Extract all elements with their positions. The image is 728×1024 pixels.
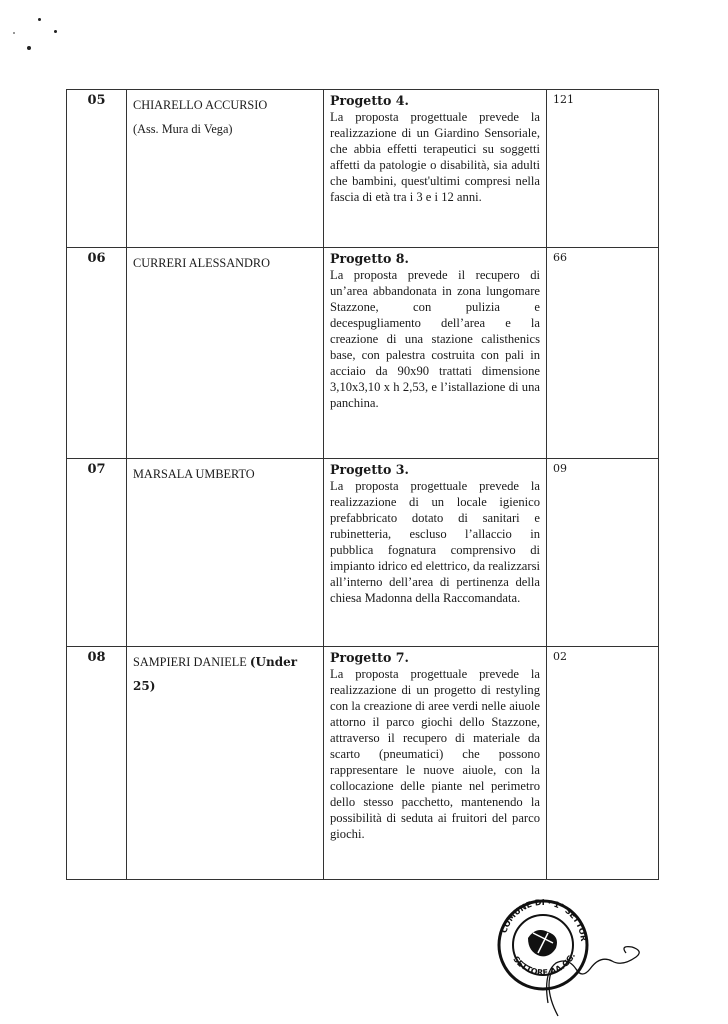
row-number: 06 — [67, 248, 127, 459]
handwritten-signature-icon — [547, 947, 640, 1016]
scan-speck — [54, 30, 57, 33]
proponent-note: (Ass. Mura di Vega) — [133, 117, 317, 141]
proponent-cell: SAMPIERI DANIELE (Under 25) — [127, 647, 324, 880]
project-title: Progetto 3. — [330, 462, 540, 478]
proponent-name: MARSALA UMBERTO — [133, 462, 317, 486]
project-description: La proposta progettuale prevede la reali… — [330, 479, 540, 605]
official-seal-stamp-icon: COMUNE DI · 1° SETTORE SETTORE AA.GG. — [493, 893, 653, 1022]
row-number: 07 — [67, 459, 127, 647]
score-value: 121 — [547, 90, 659, 248]
table-row: 08 SAMPIERI DANIELE (Under 25) Progetto … — [67, 647, 659, 880]
row-number: 05 — [67, 90, 127, 248]
table-row: 06 CURRERI ALESSANDRO Progetto 8. La pro… — [67, 248, 659, 459]
scan-speck — [27, 46, 31, 50]
proponent-cell: CURRERI ALESSANDRO — [127, 248, 324, 459]
score-value: 66 — [547, 248, 659, 459]
project-cell: Progetto 4. La proposta progettuale prev… — [324, 90, 547, 248]
project-title: Progetto 7. — [330, 650, 540, 666]
project-cell: Progetto 3. La proposta progettuale prev… — [324, 459, 547, 647]
score-value: 09 — [547, 459, 659, 647]
proponent-name: CHIARELLO ACCURSIO — [133, 93, 317, 117]
proponent-cell: MARSALA UMBERTO — [127, 459, 324, 647]
scan-speck — [38, 18, 41, 21]
proponent-name: CURRERI ALESSANDRO — [133, 251, 317, 275]
project-title: Progetto 4. — [330, 93, 540, 109]
project-cell: Progetto 7. La proposta progettuale prev… — [324, 647, 547, 880]
scan-speck — [13, 32, 15, 34]
project-cell: Progetto 8. La proposta prevede il recup… — [324, 248, 547, 459]
project-description: La proposta progettuale prevede la reali… — [330, 667, 540, 841]
proponent-name: SAMPIERI DANIELE — [133, 655, 247, 669]
score-value: 02 — [547, 647, 659, 880]
project-description: La proposta progettuale prevede la reali… — [330, 110, 540, 204]
projects-table: 05 CHIARELLO ACCURSIO (Ass. Mura di Vega… — [66, 89, 659, 880]
table-row: 07 MARSALA UMBERTO Progetto 3. La propos… — [67, 459, 659, 647]
project-description: La proposta prevede il recupero di un’ar… — [330, 268, 540, 410]
project-title: Progetto 8. — [330, 251, 540, 267]
table-row: 05 CHIARELLO ACCURSIO (Ass. Mura di Vega… — [67, 90, 659, 248]
proponent-cell: CHIARELLO ACCURSIO (Ass. Mura di Vega) — [127, 90, 324, 248]
row-number: 08 — [67, 647, 127, 880]
